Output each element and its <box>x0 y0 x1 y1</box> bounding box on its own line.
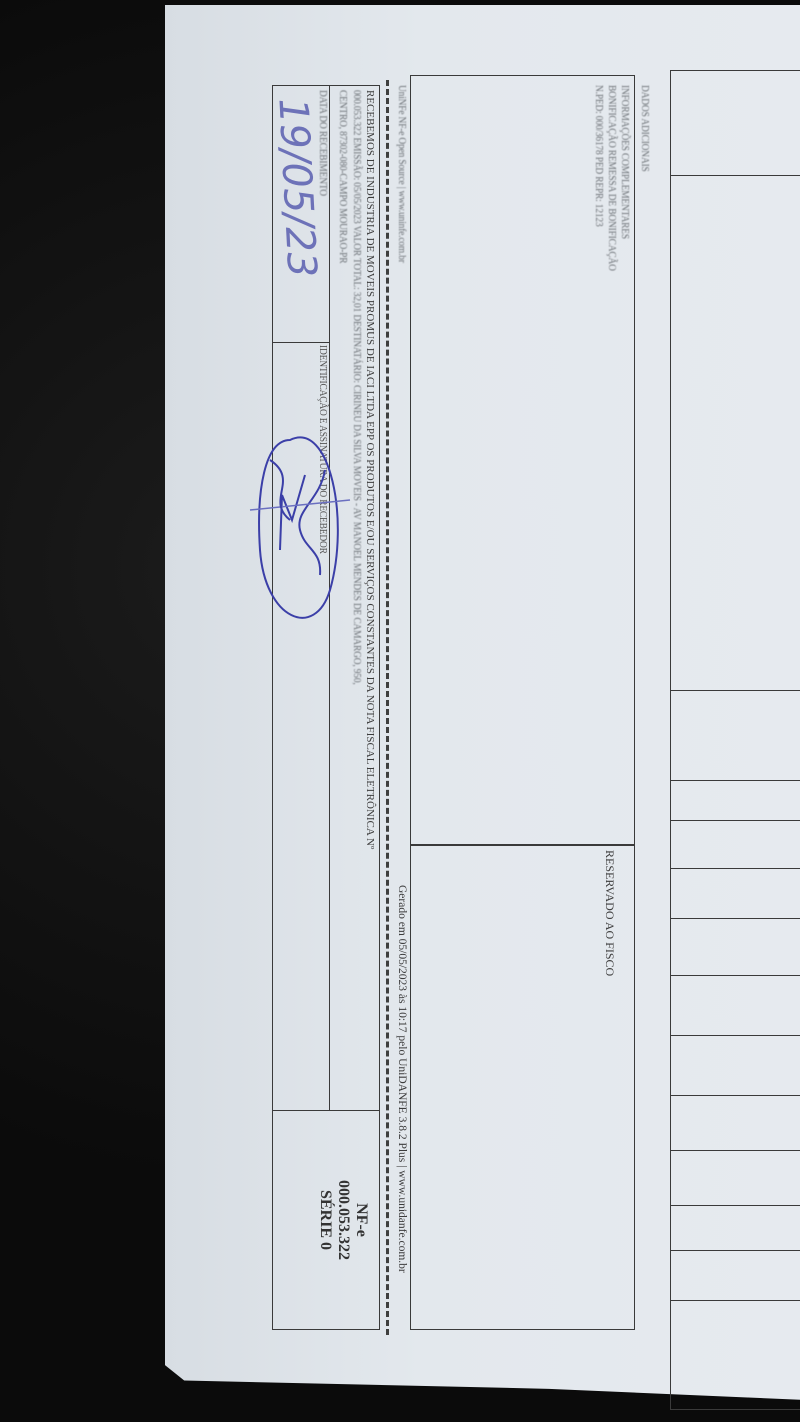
nfe-number: 000.053.322 <box>334 1110 352 1330</box>
items-table-frame <box>670 70 800 1410</box>
footer-generated-info: Gerado em 05/05/2023 às 10:17 pelo UniDA… <box>396 885 408 1273</box>
table-divider <box>670 1205 800 1206</box>
table-divider <box>670 690 800 691</box>
complementary-info-label: INFORMAÇÕES COMPLEMENTARES <box>619 85 630 239</box>
table-divider <box>670 1095 800 1096</box>
complementary-info-line-1: BONIFICAÇÃO REMESSA DE BONIFICAÇÃO <box>606 85 617 271</box>
table-divider <box>670 868 800 869</box>
table-divider <box>670 820 800 821</box>
danfe-document: DADOS ADICIONAIS INFORMAÇÕES COMPLEMENTA… <box>0 0 800 1422</box>
table-divider <box>670 918 800 919</box>
table-divider <box>670 975 800 976</box>
nfe-number-block: NF-e 000.053.322 SÉRIE 0 <box>316 1110 370 1330</box>
table-divider <box>670 1300 800 1301</box>
section-title-dados-adicionais: DADOS ADICIONAIS <box>639 85 650 172</box>
footer-software-credit: UniNFe NF-e Open Source | www.uninfe.com… <box>396 85 407 263</box>
cut-line <box>386 80 389 1335</box>
handwritten-receipt-date: 19/05/23 <box>269 97 324 279</box>
receipt-declaration-line-1: RECEBEMOS DE INDUSTRIA DE MOVEIS PROMUS … <box>364 90 376 849</box>
table-divider <box>670 1150 800 1151</box>
receipt-declaration-line-3: CENTRO, 87302-080-CAMPO MOURAO-PR <box>337 90 348 263</box>
nfe-label: NF-e <box>352 1110 370 1330</box>
table-divider <box>670 1035 800 1036</box>
reserved-fisco-label: RESERVADO AO FISCO <box>602 850 617 976</box>
nfe-series: SÉRIE 0 <box>316 1110 334 1330</box>
table-divider <box>670 780 800 781</box>
complementary-info-line-2: N.PED: 000/36178 PED REPR: 12123 <box>593 85 604 227</box>
table-divider <box>670 175 800 176</box>
receiver-signature <box>240 400 360 660</box>
receipt-col-divider <box>272 342 330 343</box>
table-divider <box>670 1250 800 1251</box>
